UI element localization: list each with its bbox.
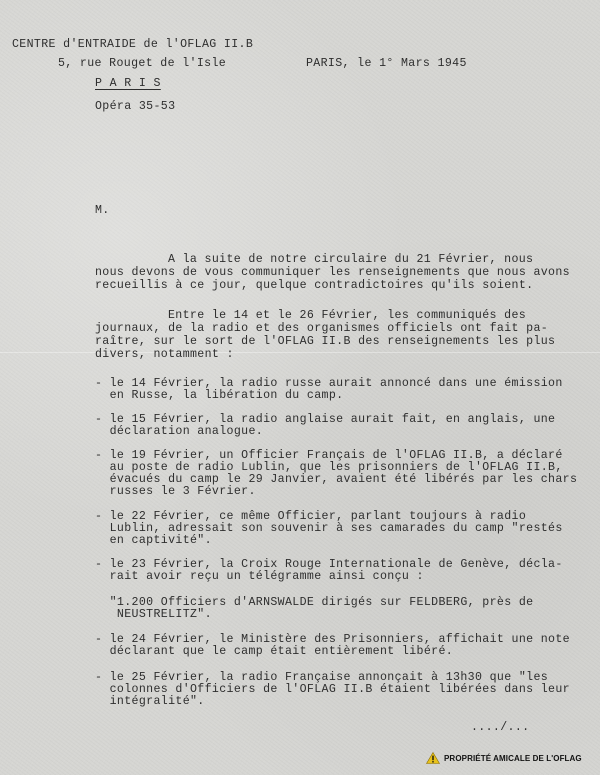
text-line: Entre le 14 et le 26 Février, les commun… bbox=[168, 310, 526, 323]
warning-triangle-icon bbox=[426, 752, 440, 764]
text-line: nous devons de vous communiquer les rens… bbox=[95, 267, 570, 280]
text-line: journaux, de la radio et des organismes … bbox=[95, 323, 548, 336]
text-line: divers, notamment : bbox=[95, 349, 234, 362]
watermark-text: PROPRIÉTÉ AMICALE DE L'OFLAG bbox=[444, 754, 582, 763]
text-line: raître, sur le sort de l'OFLAG II.B des … bbox=[95, 336, 555, 349]
city: P A R I S bbox=[95, 78, 161, 91]
text-line: A la suite de notre circulaire du 21 Fév… bbox=[168, 254, 533, 267]
dateline: PARIS, le 1° Mars 1945 bbox=[306, 58, 467, 71]
salutation: M. bbox=[95, 205, 110, 218]
paper-fold bbox=[0, 352, 600, 353]
continuation-mark: ..../... bbox=[471, 722, 529, 735]
ownership-watermark: PROPRIÉTÉ AMICALE DE L'OFLAG bbox=[426, 752, 582, 764]
org-name: CENTRE d'ENTRAIDE de l'OFLAG II.B bbox=[12, 39, 253, 52]
address: 5, rue Rouget de l'Isle bbox=[58, 58, 226, 71]
text-line: recueillis à ce jour, quelque contradict… bbox=[95, 280, 533, 293]
phone: Opéra 35-53 bbox=[95, 101, 175, 114]
